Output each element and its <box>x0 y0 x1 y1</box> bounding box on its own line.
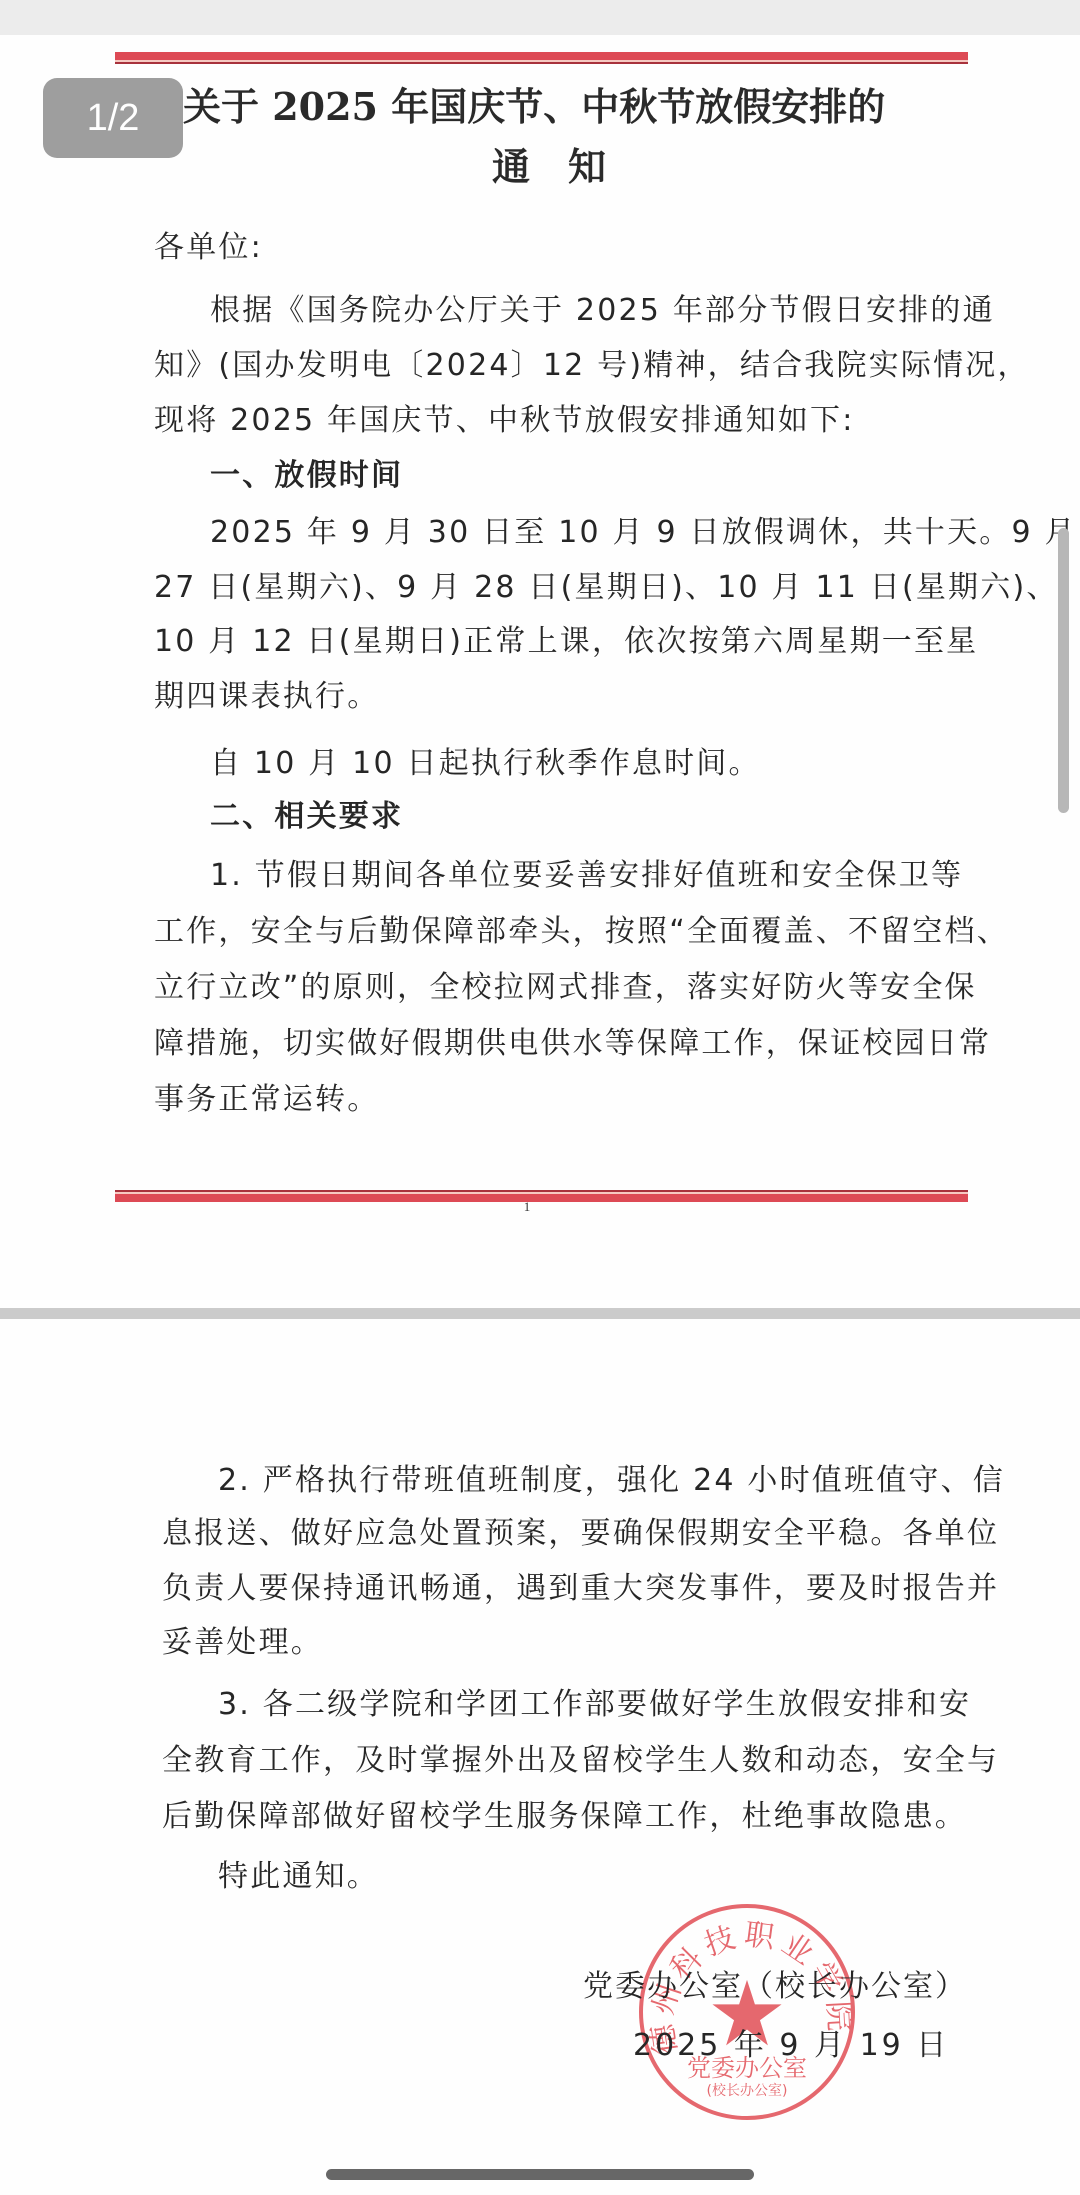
page-footer-number: 1 <box>520 1199 534 1215</box>
page-indicator-badge: 1/2 <box>43 78 183 158</box>
body-line: 2025 年 9 月 30 日至 10 月 9 日放假调休，共十天。9 月 <box>210 507 1077 551</box>
body-line: 知》(国办发明电〔2024〕12 号)精神，结合我院实际情况， <box>154 340 1030 384</box>
body-line: 工作，安全与后勤保障部牵头，按照“全面覆盖、不留空档、 <box>154 906 1009 950</box>
body-line: 根据《国务院办公厅关于 2025 年部分节假日安排的通 <box>210 285 995 329</box>
body-line: 3. 各二级学院和学团工作部要做好学生放假安排和安 <box>218 1679 971 1723</box>
body-line: 10 月 12 日(星期日)正常上课，依次按第六周星期一至星 <box>154 616 978 660</box>
body-line: 障措施，切实做好假期供电供水等保障工作，保证校园日常 <box>154 1018 991 1062</box>
section-heading-holiday-time: 一、放假时间 <box>210 450 403 494</box>
signature-office: 党委办公室（校长办公室） <box>583 1961 967 2005</box>
body-line: 1. 节假日期间各单位要妥善安排好值班和安全保卫等 <box>210 850 963 894</box>
body-line: 2. 严格执行带班值班制度，强化 24 小时值班值守、信 <box>218 1455 1005 1499</box>
vertical-scrollbar[interactable] <box>1058 528 1069 813</box>
header-red-rule <box>115 52 968 65</box>
home-indicator[interactable] <box>326 2169 754 2180</box>
page-separator <box>0 1308 1080 1319</box>
document-title: 关于 2025 年国庆节、中秋节放假安排的 <box>183 76 903 131</box>
footer-red-rule <box>115 1190 968 1203</box>
section-heading-requirements: 二、相关要求 <box>210 791 403 835</box>
body-line: 后勤保障部做好留校学生服务保障工作，杜绝事故隐患。 <box>162 1791 967 1835</box>
body-line: 现将 2025 年国庆节、中秋节放假安排通知如下: <box>154 395 855 439</box>
body-line: 自 10 月 10 日起执行秋季作息时间。 <box>210 738 761 782</box>
body-line: 27 日(星期六)、9 月 28 日(星期日)、10 月 11 日(星期六)、 <box>154 562 1059 606</box>
signature-date: 2025 年 9 月 19 日 <box>633 2020 949 2064</box>
body-line: 妥善处理。 <box>162 1617 323 1661</box>
body-line: 期四课表执行。 <box>154 671 379 715</box>
salutation: 各单位: <box>154 222 263 266</box>
closing-line: 特此通知。 <box>218 1851 379 1895</box>
official-seal-stamp: 德州科技职业学院 党委办公室 (校长办公室) <box>639 1904 855 2120</box>
body-line: 事务正常运转。 <box>154 1074 379 1118</box>
body-line: 立行立改”的原则，全校拉网式排查，落实好防火等安全保 <box>154 962 977 1006</box>
seal-subdept: (校长办公室) <box>643 2080 851 2100</box>
viewer-top-bar <box>0 0 1080 35</box>
body-line: 负责人要保持通讯畅通，遇到重大突发事件，要及时报告并 <box>162 1563 999 1607</box>
body-line: 全教育工作，及时掌握外出及留校学生人数和动态，安全与 <box>162 1735 999 1779</box>
body-line: 息报送、做好应急处置预案，要确保假期安全平稳。各单位 <box>162 1508 999 1552</box>
